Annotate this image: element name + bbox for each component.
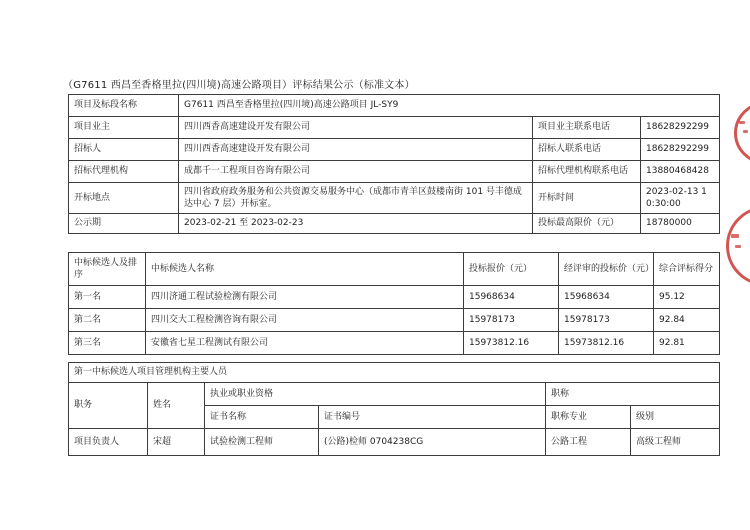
venue-label: 开标地点 [69,183,179,214]
candidate-name: 四川交大工程检测咨询有限公司 [146,309,464,332]
price-cap-label: 投标最高限价（元） [533,214,641,234]
personnel-cert-name: 试验检测工程师 [205,429,319,456]
agency-phone-label: 招标代理机构联系电话 [533,161,641,183]
candidate-name: 四川济通工程试验检测有限公司 [146,286,464,309]
publicity-label: 公示期 [69,214,179,234]
personnel-title-major: 公路工程 [546,429,631,456]
personnel-header-cert-name: 证书名称 [205,406,319,429]
candidates-header-bid: 投标报价（元） [464,253,559,286]
personnel-header-role: 职务 [69,383,148,429]
price-cap-value: 18780000 [641,214,720,234]
owner-phone-label: 项目业主联系电话 [533,117,641,139]
open-time-label: 开标时间 [533,183,641,214]
candidates-header-name: 中标候选人名称 [146,253,464,286]
personnel-name: 宋超 [148,429,205,456]
candidate-evaluated: 15978173 [559,309,654,332]
owner-label: 项目业主 [69,117,179,139]
candidates-header-evaluated: 经评审的投标价（元） [559,253,654,286]
venue-value: 四川省政府政务服务和公共资源交易服务中心（成都市青羊区鼓楼南街 101 号丰德成… [179,183,533,214]
personnel-header-name: 姓名 [148,383,205,429]
owner-phone-value: 18628292299 [641,117,720,139]
owner-value: 四川西香高速建设开发有限公司 [179,117,533,139]
personnel-table: 第一中标候选人项目管理机构主要人员 职务 姓名 执业或职业资格 职称 证书名称 … [68,362,720,456]
candidate-score: 92.84 [654,309,720,332]
candidate-rank: 第二名 [69,309,146,332]
tenderee-label: 招标人 [69,139,179,161]
publicity-value: 2023-02-21 至 2023-02-23 [179,214,533,234]
candidate-name: 安徽省七星工程测试有限公司 [146,332,464,355]
candidates-header-score: 综合评标得分 [654,253,720,286]
seal-text-fragment [743,130,748,133]
candidate-rank: 第一名 [69,286,146,309]
personnel-title-level: 高级工程师 [631,429,720,456]
personnel-cert-no: (公路)检师 0704238CG [319,429,546,456]
agency-label: 招标代理机构 [69,161,179,183]
candidate-bid: 15973812.16 [464,332,559,355]
personnel-header-title-major: 职称专业 [546,406,631,429]
tenderee-phone-label: 招标人联系电话 [533,139,641,161]
personnel-header-cert-no: 证书编号 [319,406,546,429]
project-info-table: 项目及标段名称 G7611 西昌至香格里拉(四川境)高速公路项目 JL-SY9 … [68,94,720,234]
seal-text-fragment [735,245,741,248]
candidate-rank: 第三名 [69,332,146,355]
tenderee-phone-value: 18628292299 [641,139,720,161]
personnel-header-title-level: 级别 [631,406,720,429]
candidates-header-rank: 中标候选人及排序 [69,253,146,286]
agency-value: 成都千一工程项目咨询有限公司 [179,161,533,183]
project-section-value: G7611 西昌至香格里拉(四川境)高速公路项目 JL-SY9 [179,95,720,117]
candidate-row: 第一名 四川济通工程试验检测有限公司 15968634 15968634 95.… [69,286,720,309]
agency-phone-value: 13880468428 [641,161,720,183]
candidate-bid: 15968634 [464,286,559,309]
tenderee-value: 四川西香高速建设开发有限公司 [179,139,533,161]
candidate-evaluated: 15973812.16 [559,332,654,355]
candidate-score: 92.81 [654,332,720,355]
candidate-row: 第二名 四川交大工程检测咨询有限公司 15978173 15978173 92.… [69,309,720,332]
personnel-header-job-title: 职称 [546,383,720,406]
personnel-role: 项目负责人 [69,429,148,456]
project-section-label: 项目及标段名称 [69,95,179,117]
personnel-row: 项目负责人 宋超 试验检测工程师 (公路)检师 0704238CG 公路工程 高… [69,429,720,456]
open-time-value: 2023-02-13 10:30:00 [641,183,720,214]
candidates-table: 中标候选人及排序 中标候选人名称 投标报价（元） 经评审的投标价（元） 综合评标… [68,252,720,355]
candidate-row: 第三名 安徽省七星工程测试有限公司 15973812.16 15973812.1… [69,332,720,355]
seal-text-fragment [739,121,745,124]
seal-text-fragment [731,234,739,238]
candidate-bid: 15978173 [464,309,559,332]
candidate-score: 95.12 [654,286,720,309]
candidate-evaluated: 15968634 [559,286,654,309]
official-seal-icon [734,102,750,164]
personnel-header-qualification: 执业或职业资格 [205,383,546,406]
doc-title: （G7611 西昌至香格里拉(四川境)高速公路项目）评标结果公示（标准文本） [63,76,415,91]
personnel-section-title: 第一中标候选人项目管理机构主要人员 [69,363,720,383]
